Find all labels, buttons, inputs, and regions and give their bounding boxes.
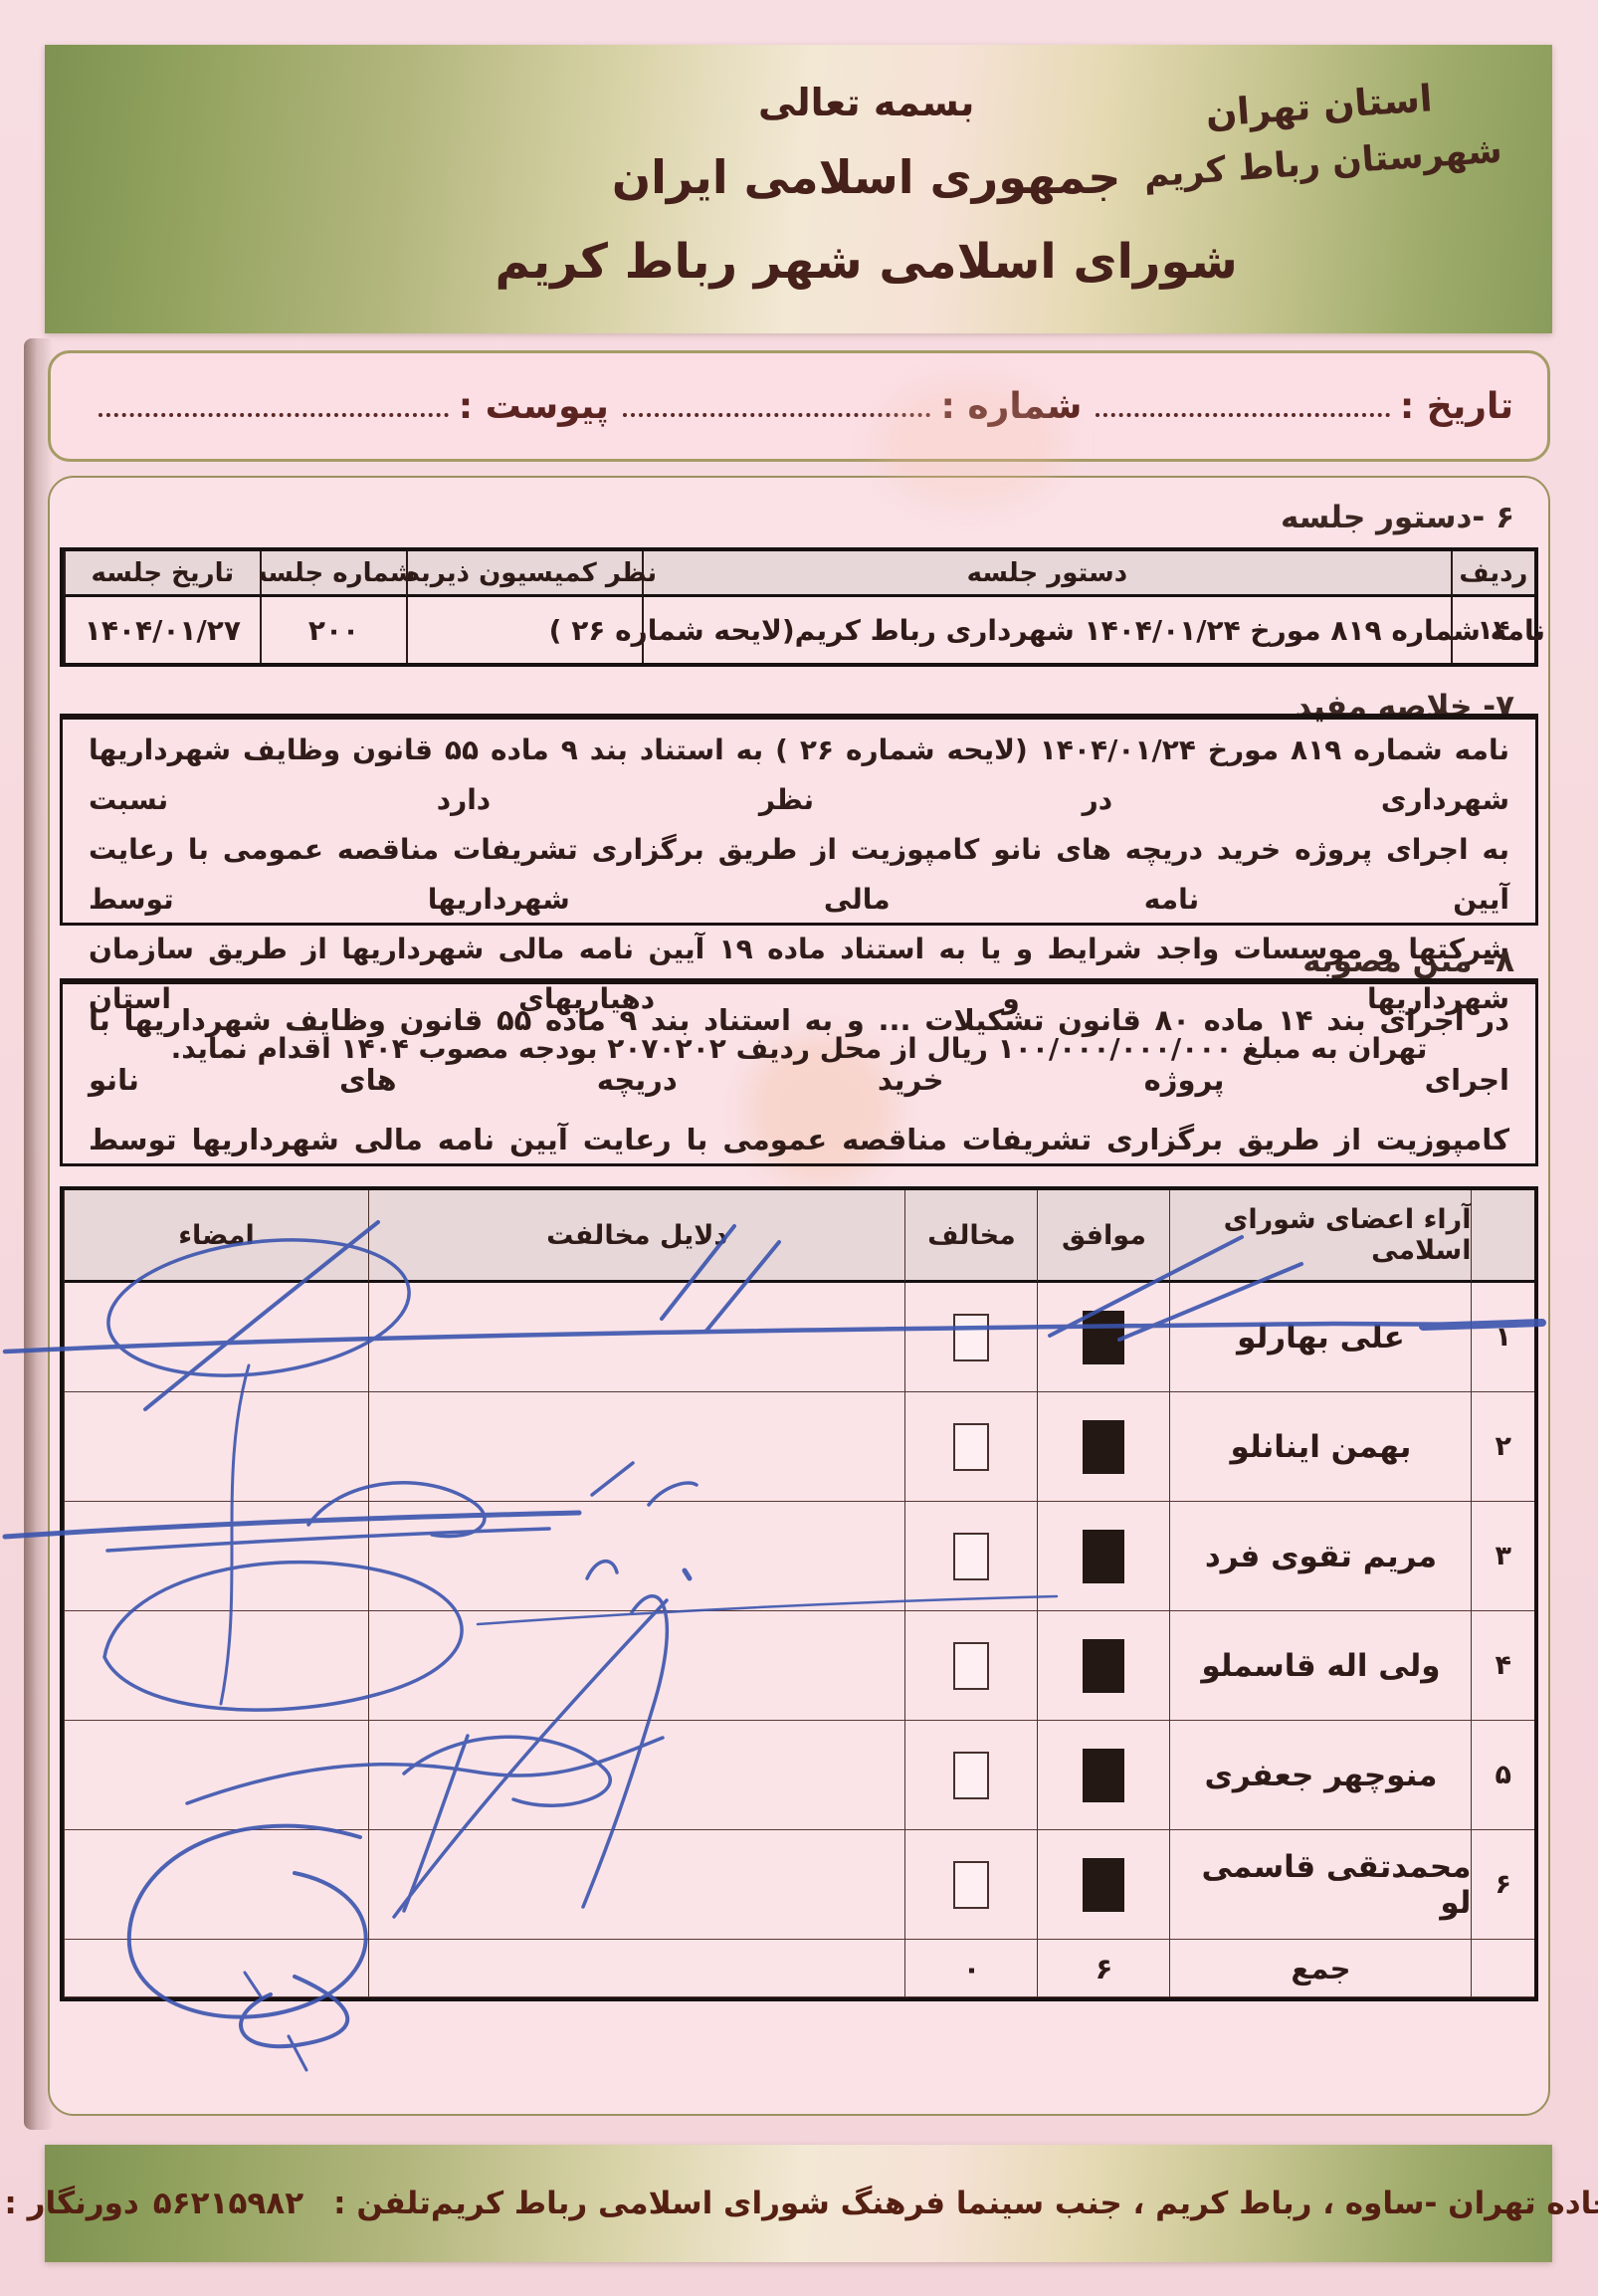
footer-phone-number: ۵۶۲۱۵۹۸۲ [153, 2186, 303, 2221]
scanned-council-resolution-page: بسمه تعالی جمهوری اسلامی ایران شورای اسل… [0, 0, 1598, 2296]
votes-col-agree: موافق [1037, 1190, 1169, 1283]
meta-row: تاریخ : شماره : پیوست : [48, 350, 1550, 462]
votes-col-disagree: مخالف [904, 1190, 1037, 1283]
vote-row-no: ۴ [1471, 1611, 1534, 1721]
footer-band: کیلومتر ۳۶ جاده تهران -ساوه ، رباط کریم … [45, 2145, 1552, 2262]
footer-address: کیلومتر ۳۶ جاده تهران -ساوه ، رباط کریم … [431, 2186, 1598, 2221]
vote-member-name: علی بهارلو [1169, 1283, 1471, 1392]
number-fill-line[interactable] [623, 413, 931, 417]
vote-row-no: ۱ [1471, 1283, 1534, 1392]
agenda-col-session-date: تاریخ جلسه [64, 551, 260, 597]
date-fill-line[interactable] [1096, 413, 1389, 417]
agenda-col-session-no: شماره جلسه [260, 551, 407, 597]
agenda-row-commission [406, 597, 641, 663]
vote-member-name: بهمن اینانلو [1169, 1392, 1471, 1502]
disagree-checkbox-empty[interactable] [953, 1642, 989, 1690]
vote-row-no: ۵ [1471, 1721, 1534, 1830]
vote-reasons-cell [368, 1283, 904, 1392]
vote-disagree-cell [904, 1392, 1037, 1502]
vote-signature-cell[interactable] [64, 1830, 368, 1940]
disagree-checkbox-empty[interactable] [953, 1752, 989, 1799]
summary-line: به اجرای پروژه خرید دریچه های نانو کامپو… [89, 825, 1509, 925]
votes-col-no [1471, 1190, 1534, 1283]
disagree-checkbox-empty[interactable] [953, 1533, 989, 1580]
total-label: جمع [1169, 1940, 1471, 1997]
agenda-row-agenda: نامه شماره ۸۱۹ مورخ ۱۴۰۴/۰۱/۲۴ شهرداری ر… [642, 597, 1451, 663]
agree-checkbox-filled[interactable] [1083, 1420, 1124, 1474]
date-label: تاریخ : [1400, 386, 1513, 427]
total-signature-cell [64, 1940, 368, 1997]
footer-fax-label: دورنگار : [4, 2186, 138, 2221]
content-box: ۶ -دستور جلسه ردیف دستور جلسه نظر کمیسیو… [48, 476, 1550, 2116]
vote-agree-cell [1037, 1392, 1169, 1502]
vote-agree-cell [1037, 1830, 1169, 1940]
votes-col-signature: امضاء [64, 1190, 368, 1283]
vote-reasons-cell [368, 1502, 904, 1611]
disagree-checkbox-empty[interactable] [953, 1861, 989, 1909]
votes-table: آراء اعضای شورای اسلامی موافق مخالف دلای… [60, 1186, 1538, 2001]
agenda-col-no: ردیف [1451, 551, 1534, 597]
agree-checkbox-filled[interactable] [1083, 1530, 1124, 1583]
vote-row-no: ۶ [1471, 1830, 1534, 1940]
vote-member-name: منوچهر جعفری [1169, 1721, 1471, 1830]
vote-disagree-cell [904, 1611, 1037, 1721]
agenda-row-session-no: ۲۰۰ [260, 597, 407, 663]
letterhead-band: بسمه تعالی جمهوری اسلامی ایران شورای اسل… [45, 45, 1552, 333]
total-reasons-cell [368, 1940, 904, 1997]
vote-agree-cell [1037, 1283, 1169, 1392]
agree-checkbox-filled[interactable] [1083, 1858, 1124, 1912]
vote-agree-cell [1037, 1611, 1169, 1721]
total-disagree-count: ۰ [904, 1940, 1037, 1997]
vote-row-no: ۳ [1471, 1502, 1534, 1611]
vote-agree-cell [1037, 1721, 1169, 1830]
resolution-box: در اجرای بند ۱۴ ماده ۸۰ قانون تشکیلات ..… [60, 978, 1538, 1166]
disagree-checkbox-empty[interactable] [953, 1423, 989, 1471]
vote-disagree-cell [904, 1283, 1037, 1392]
summary-box: نامه شماره ۸۱۹ مورخ ۱۴۰۴/۰۱/۲۴ (لایحه شم… [60, 714, 1538, 926]
vote-signature-cell[interactable] [64, 1721, 368, 1830]
vote-reasons-cell [368, 1392, 904, 1502]
vote-signature-cell[interactable] [64, 1283, 368, 1392]
agenda-table: ردیف دستور جلسه نظر کمیسیون ذیربط شماره … [60, 547, 1538, 667]
agenda-col-commission: نظر کمیسیون ذیربط [406, 551, 641, 597]
vote-reasons-cell [368, 1830, 904, 1940]
attachment-label: پیوست : [459, 386, 609, 427]
vote-disagree-cell [904, 1502, 1037, 1611]
disagree-checkbox-empty[interactable] [953, 1314, 989, 1361]
agree-checkbox-filled[interactable] [1083, 1311, 1124, 1364]
vote-signature-cell[interactable] [64, 1611, 368, 1721]
footer-address-line: کیلومتر ۳۶ جاده تهران -ساوه ، رباط کریم … [0, 2186, 1598, 2221]
total-row-no-cell [1471, 1940, 1534, 1997]
vote-disagree-cell [904, 1721, 1037, 1830]
number-label: شماره : [940, 386, 1082, 427]
summary-line: نامه شماره ۸۱۹ مورخ ۱۴۰۴/۰۱/۲۴ (لایحه شم… [89, 726, 1509, 825]
agree-checkbox-filled[interactable] [1083, 1639, 1124, 1693]
vote-member-name: محمدتقی قاسمی لو [1169, 1830, 1471, 1940]
vote-reasons-cell [368, 1611, 904, 1721]
vote-signature-cell[interactable] [64, 1392, 368, 1502]
vote-reasons-cell [368, 1721, 904, 1830]
vote-member-name: ولی اله قاسملو [1169, 1611, 1471, 1721]
votes-col-reasons: دلایل مخالفت [368, 1190, 904, 1283]
total-agree-count: ۶ [1037, 1940, 1169, 1997]
agenda-col-agenda: دستور جلسه [642, 551, 1451, 597]
vote-row-no: ۲ [1471, 1392, 1534, 1502]
agenda-row-session-date: ۱۴۰۴/۰۱/۲۷ [64, 597, 260, 663]
section8-label: ۸- متن مصوبه [1302, 943, 1514, 979]
attachment-fill-line[interactable] [99, 413, 449, 417]
resolution-line: در اجرای بند ۱۴ ماده ۸۰ قانون تشکیلات ..… [89, 990, 1509, 1110]
agree-checkbox-filled[interactable] [1083, 1749, 1124, 1802]
vote-member-name: مریم تقوی فرد [1169, 1502, 1471, 1611]
vote-disagree-cell [904, 1830, 1037, 1940]
footer-phone-label: تلفن : [333, 2186, 431, 2221]
vote-signature-cell[interactable] [64, 1502, 368, 1611]
votes-col-members: آراء اعضای شورای اسلامی [1169, 1190, 1471, 1283]
council-title: شورای اسلامی شهر رباط کریم [180, 234, 1552, 290]
section6-label: ۶ -دستور جلسه [1281, 500, 1514, 535]
vote-agree-cell [1037, 1502, 1169, 1611]
